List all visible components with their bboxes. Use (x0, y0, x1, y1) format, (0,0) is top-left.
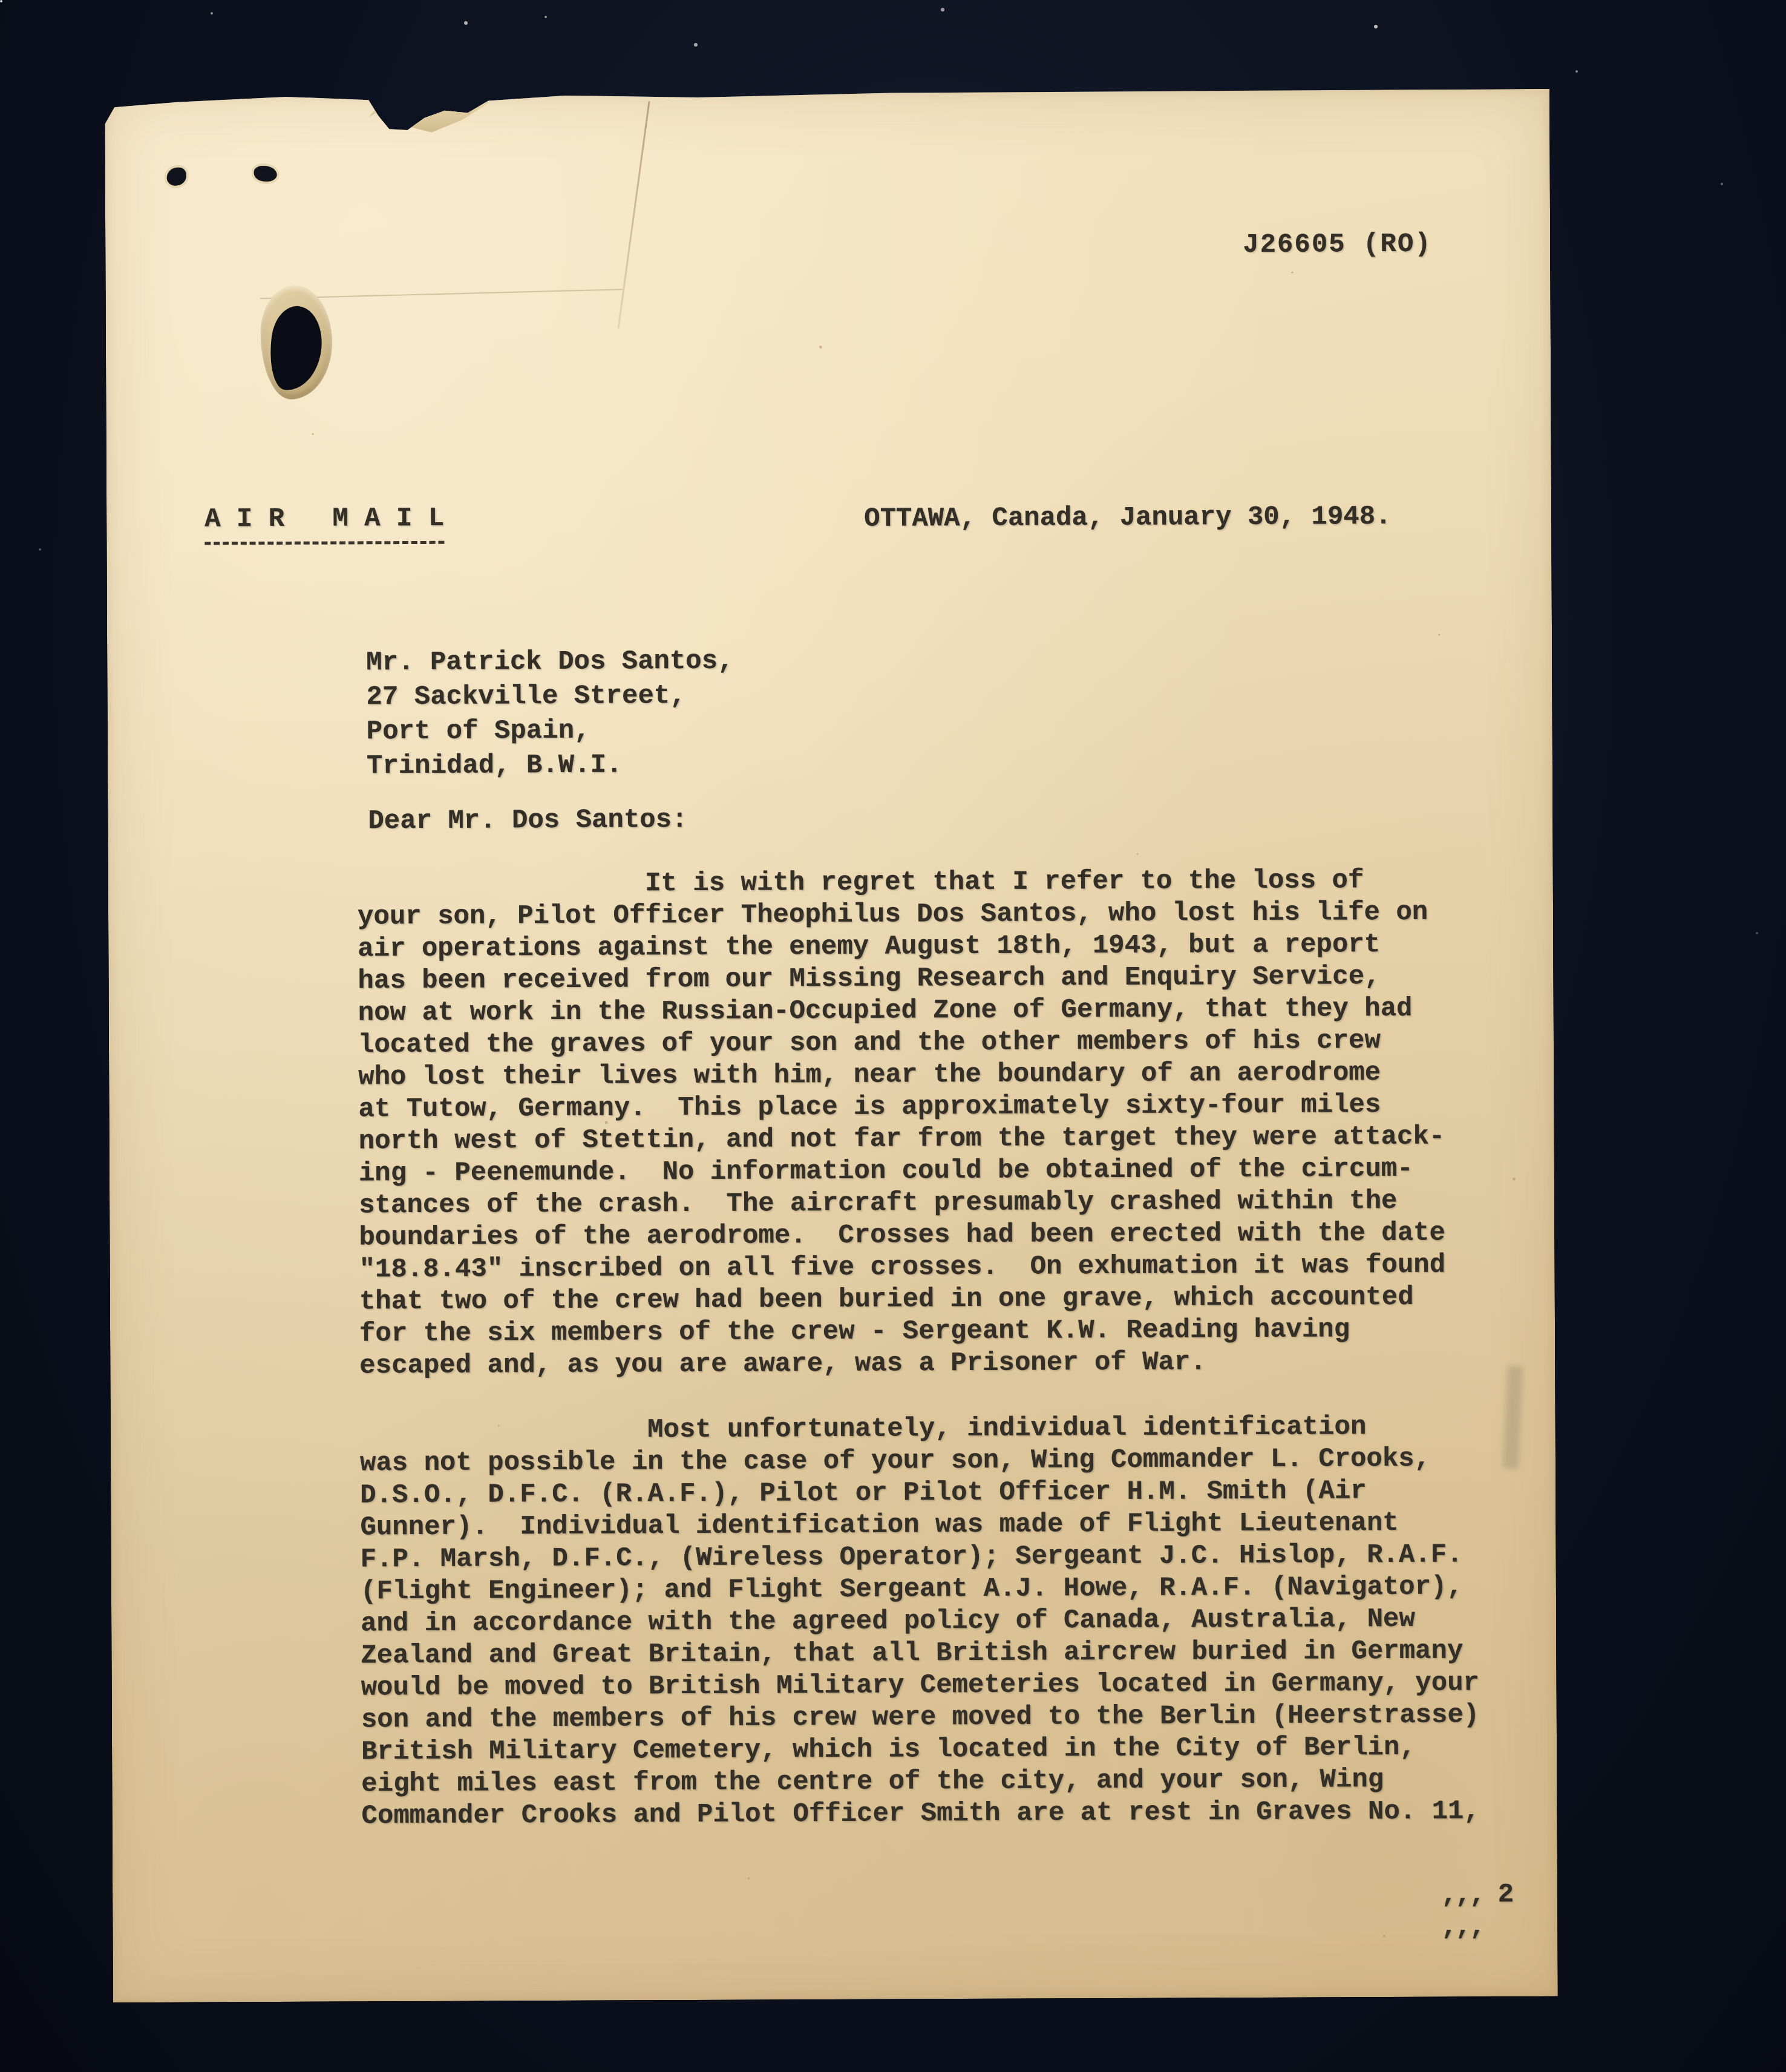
paper-crease-vertical (617, 101, 650, 329)
letter-page: J26605 (RO) A I R M A I L OTTAWA, Canada… (105, 89, 1558, 2002)
paper-fiber-specks (105, 95, 106, 97)
salutation: Dear Mr. Dos Santos: (368, 804, 687, 838)
scan-background: J26605 (RO) A I R M A I L OTTAWA, Canada… (0, 0, 1786, 2072)
paper-hole-small-left (167, 168, 186, 186)
body-paragraph-1: It is with regret that I refer to the lo… (358, 865, 1446, 1383)
file-reference: J26605 (RO) (1243, 229, 1432, 261)
recipient-address: Mr. Patrick Dos Santos, 27 Sackville Str… (366, 644, 734, 784)
air-mail-label: A I R M A I L (204, 503, 444, 545)
dateline: OTTAWA, Canada, January 30, 1948. (864, 501, 1392, 536)
ink-smudge (1503, 1366, 1523, 1469)
paper-hole-small-right (254, 166, 277, 182)
body-paragraph-2: Most unfortunately, individual identific… (360, 1411, 1480, 1832)
page-continuation-marker: ,,, 2 ,,, (1441, 1879, 1557, 1944)
torn-edge-flap (368, 98, 489, 133)
dust-specks (0, 0, 2, 2)
